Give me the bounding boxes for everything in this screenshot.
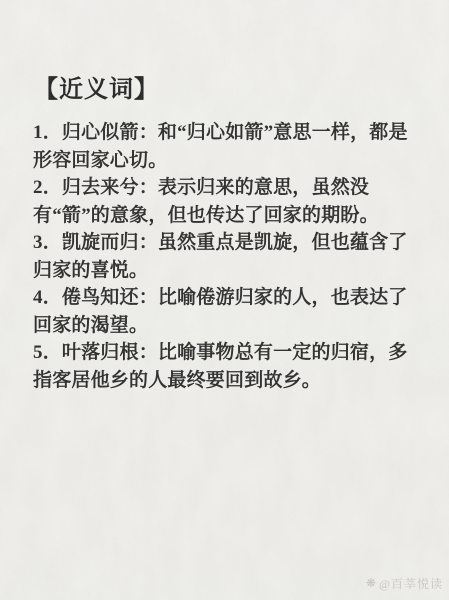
watermark-text: @百莘悦读 [379, 575, 443, 592]
synonym-item-4: 4．倦鸟知还：比喻倦游归家的人，也表达了回家的渴望。 [33, 284, 421, 339]
synonym-item-2: 2．归去来兮：表示归来的意思，虽然没有“箭”的意象，但也传达了回家的期盼。 [33, 174, 421, 229]
section-title: 【近义词】 [34, 76, 449, 104]
synonym-item-3: 3．凯旋而归：虽然重点是凯旋，但也蕴含了归家的喜悦。 [33, 229, 421, 284]
watermark: ❋ @百莘悦读 [366, 575, 443, 592]
synonym-item-1: 1．归心似箭：和“归心如箭”意思一样，都是形容回家心切。 [33, 119, 421, 174]
flower-icon: ❋ [366, 576, 377, 591]
card-content: 【近义词】 1．归心似箭：和“归心如箭”意思一样，都是形容回家心切。 2．归去来… [0, 76, 449, 394]
synonym-item-5: 5．叶落归根：比喻事物总有一定的归宿，多指客居他乡的人最终要回到故乡。 [33, 339, 421, 394]
synonym-list: 1．归心似箭：和“归心如箭”意思一样，都是形容回家心切。 2．归去来兮：表示归来… [33, 119, 421, 394]
knowledge-card: 【近义词】 1．归心似箭：和“归心如箭”意思一样，都是形容回家心切。 2．归去来… [0, 0, 449, 600]
